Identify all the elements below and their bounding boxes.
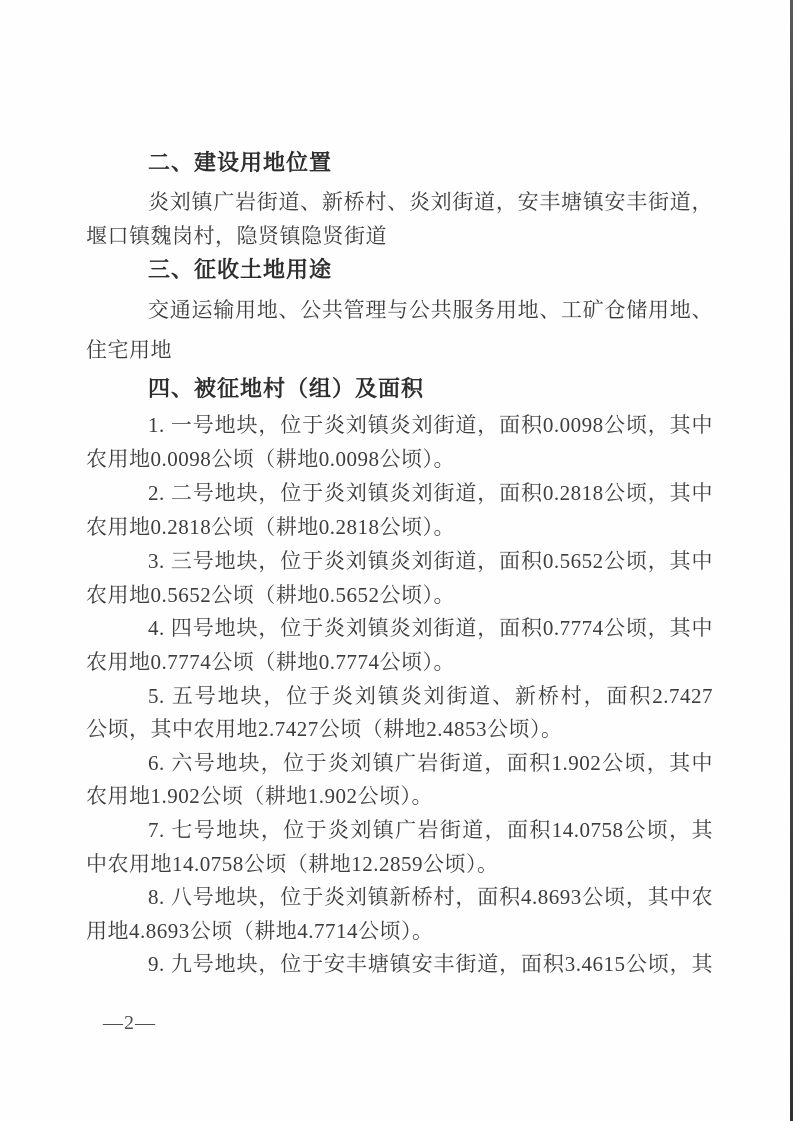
- paragraph-line: 交通运输用地、公共管理与公共服务用地、工矿仓储用地、: [86, 298, 713, 322]
- paragraph-line: 堰口镇魏岗村，隐贤镇隐贤街道: [86, 224, 713, 248]
- paragraph-line: 住宅用地: [86, 338, 713, 362]
- section-heading-construction-land-location: 二、建设用地位置: [86, 151, 775, 175]
- page-number: —2—: [103, 1012, 156, 1035]
- list-item-line: 7. 七号地块，位于炎刘镇广岩街道，面积14.0758公顷，其: [86, 818, 713, 842]
- list-item-line: 公顷，其中农用地2.7427公顷（耕地2.4853公顷）。: [86, 717, 713, 741]
- list-item-line: 5. 五号地块，位于炎刘镇炎刘街道、新桥村，面积2.7427: [86, 684, 713, 708]
- list-item-line: 农用地0.5652公顷（耕地0.5652公顷）。: [86, 583, 713, 607]
- list-item-line: 农用地1.902公顷（耕地1.902公顷）。: [86, 784, 713, 808]
- list-item-line: 2. 二号地块，位于炎刘镇炎刘街道，面积0.2818公顷，其中: [86, 481, 713, 505]
- list-item-line: 4. 四号地块，位于炎刘镇炎刘街道，面积0.7774公顷，其中: [86, 616, 713, 640]
- list-item-line: 9. 九号地块，位于安丰塘镇安丰街道，面积3.4615公顷，其: [86, 952, 713, 976]
- list-item-line: 中农用地14.0758公顷（耕地12.2859公顷）。: [86, 852, 713, 876]
- list-item-line: 农用地0.2818公顷（耕地0.2818公顷）。: [86, 515, 713, 539]
- list-item-line: 6. 六号地块，位于炎刘镇广岩街道，面积1.902公顷，其中: [86, 751, 713, 775]
- list-item-line: 农用地0.7774公顷（耕地0.7774公顷）。: [86, 650, 713, 674]
- section-heading-villages-and-area: 四、被征地村（组）及面积: [86, 377, 775, 401]
- paragraph-line: 炎刘镇广岩街道、新桥村、炎刘街道，安丰塘镇安丰街道，: [86, 190, 713, 214]
- list-item-line: 1. 一号地块，位于炎刘镇炎刘街道，面积0.0098公顷，其中: [86, 413, 713, 437]
- document-page: 二、建设用地位置 炎刘镇广岩街道、新桥村、炎刘街道，安丰塘镇安丰街道， 堰口镇魏…: [0, 0, 793, 1121]
- list-item-line: 用地4.8693公顷（耕地4.7714公顷）。: [86, 919, 713, 943]
- list-item-line: 8. 八号地块，位于炎刘镇新桥村，面积4.8693公顷，其中农: [86, 885, 713, 909]
- list-item-line: 农用地0.0098公顷（耕地0.0098公顷）。: [86, 447, 713, 471]
- section-heading-land-use-purpose: 三、征收土地用途: [86, 258, 775, 282]
- list-item-line: 3. 三号地块，位于炎刘镇炎刘街道，面积0.5652公顷，其中: [86, 549, 713, 573]
